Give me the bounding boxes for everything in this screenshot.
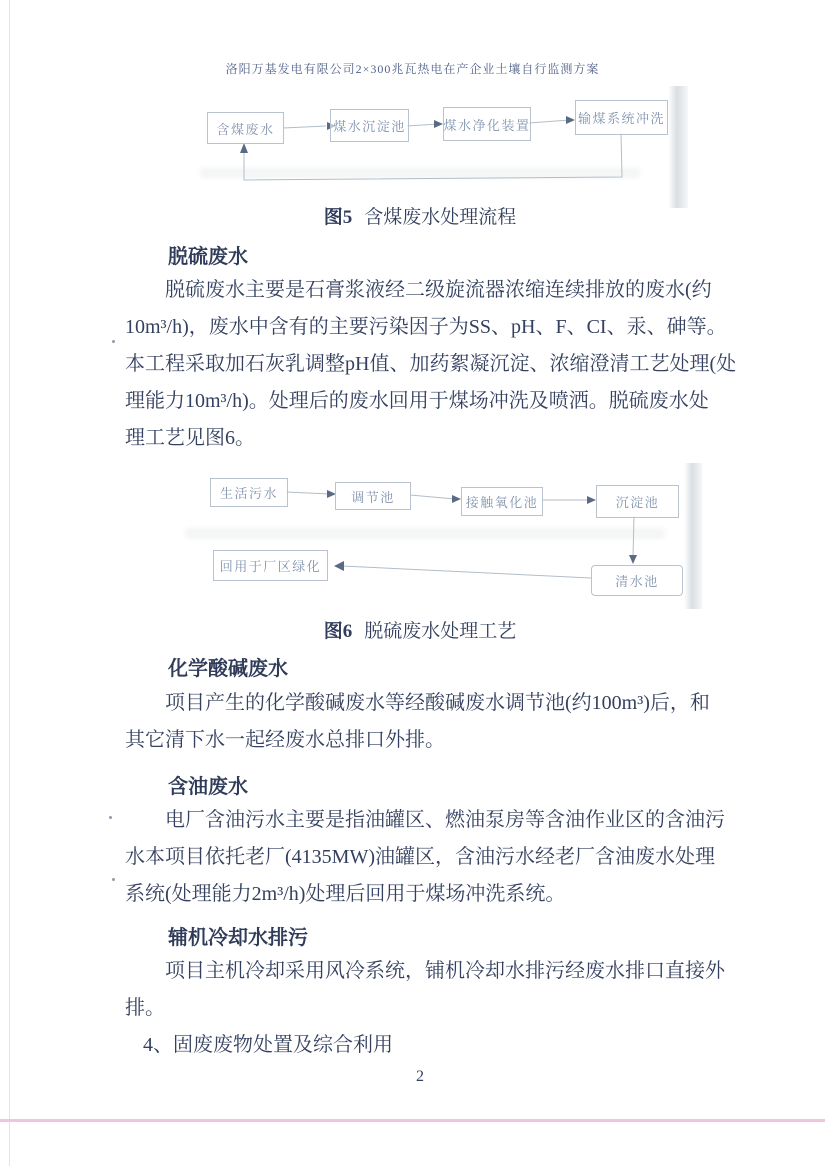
flow-node-coal-system-flush: 输煤系统冲洗 xyxy=(575,100,668,135)
flow-node-purification-device: 煤水净化装置 xyxy=(443,107,531,141)
arrow-head-icon xyxy=(240,143,248,153)
document-header-title: 洛阳万基发电有限公司2×300兆瓦热电在产企业土壤自行监测方案 xyxy=(0,60,825,77)
flow-arrow-line xyxy=(529,120,570,123)
flow-node-label: 生活污水 xyxy=(220,483,278,502)
paragraph-line: 排。 xyxy=(125,995,725,1021)
flow-node-label: 回用于厂区绿化 xyxy=(220,556,322,575)
section-heading-aux-cooling: 辅机冷却水排污 xyxy=(168,921,308,950)
scan-edge-line xyxy=(9,0,10,1166)
flow-node-label: 清水池 xyxy=(615,571,659,590)
scan-speck xyxy=(112,878,115,881)
paragraph-line: 电厂含油污水主要是指油罐区、燃油泵房等含油作业区的含油污 xyxy=(125,807,765,833)
scan-speck xyxy=(112,340,115,343)
flow-node-sedimentation-pool: 煤水沉淀池 xyxy=(330,109,409,142)
arrow-head-icon xyxy=(587,496,596,504)
arrow-head-icon xyxy=(434,120,443,128)
flow-node-reuse-greening: 回用于厂区绿化 xyxy=(213,550,328,581)
flow-node-label: 煤水沉淀池 xyxy=(333,116,406,135)
flow-node-clear-water-pool: 清水池 xyxy=(591,565,683,596)
paragraph-line: 水本项目依托老厂(4135MW)油罐区，含油污水经老厂含油废水处理 xyxy=(125,844,725,870)
flow-node-label: 调节池 xyxy=(351,487,395,506)
flow-node-regulating-pool: 调节池 xyxy=(335,482,411,510)
flow-arrow-line xyxy=(633,516,634,557)
scanned-document-page: { "header": { "title": "洛阳万基发电有限公司2×300兆… xyxy=(0,0,825,1166)
arrow-head-icon xyxy=(334,561,344,571)
page-number: 2 xyxy=(125,1068,715,1086)
paragraph-line: 10m³/h)，废水中含有的主要污染因子为SS、pH、F、CI、汞、砷等。 xyxy=(125,314,725,340)
flow-node-sedimentation-pool: 沉淀池 xyxy=(596,485,679,518)
arrow-head-icon xyxy=(566,116,575,124)
paragraph-line: 本工程采取加石灰乳调整pH值、加药絮凝沉淀、浓缩澄清工艺处理(处 xyxy=(125,351,725,377)
figure6-caption: 图6脱硫废水处理工艺 xyxy=(125,616,715,643)
arrow-head-icon xyxy=(629,555,637,564)
flow-node-coal-wastewater: 含煤废水 xyxy=(207,112,284,144)
flow-node-label: 沉淀池 xyxy=(616,492,660,511)
figure5-flowchart: 含煤废水 煤水沉淀池 煤水净化装置 输煤系统冲洗 xyxy=(170,92,700,207)
paragraph-line: 项目产生的化学酸碱废水等经酸碱废水调节池(约100m³)后，和 xyxy=(125,690,765,716)
figure6-caption-text: 脱硫废水处理工艺 xyxy=(364,621,516,642)
flow-arrow-line xyxy=(407,124,438,126)
section-heading-desulfurization: 脱硫废水 xyxy=(168,240,248,269)
paragraph-line: 理工艺见图6。 xyxy=(125,425,725,451)
flow-arrow-line xyxy=(286,492,330,494)
arrow-head-icon xyxy=(452,495,461,503)
flow-node-contact-oxidation-pool: 接触氧化池 xyxy=(461,487,543,516)
flow-node-label: 输煤系统冲洗 xyxy=(578,108,665,127)
flow-node-label: 煤水净化装置 xyxy=(444,115,531,134)
scan-speck xyxy=(109,816,112,819)
section-heading-oily-wastewater: 含油废水 xyxy=(168,770,248,799)
flow-node-domestic-sewage: 生活污水 xyxy=(210,478,288,507)
flow-node-label: 含煤废水 xyxy=(216,119,274,138)
paragraph-line: 其它清下水一起经废水总排口外排。 xyxy=(125,727,725,753)
paragraph-line: 项目主机冷却采用风冷系统，铺机冷却水排污经废水排口直接外 xyxy=(125,958,765,984)
flow-node-label: 接触氧化池 xyxy=(466,492,539,511)
flow-arrow-line xyxy=(283,126,326,128)
figure6-caption-label: 图6 xyxy=(324,621,353,642)
flow-feedback-line xyxy=(244,133,622,180)
flow-arrow-line xyxy=(410,495,455,499)
paragraph-line: 系统(处理能力2m³/h)处理后回用于煤场冲洗系统。 xyxy=(125,881,725,907)
figure5-caption: 图5含煤废水处理流程 xyxy=(125,202,715,229)
paragraph-line: 理能力10m³/h)。处理后的废水回用于煤场冲洗及喷洒。脱硫废水处 xyxy=(125,388,725,414)
numbered-item-solid-waste: 4、固废废物处置及综合利用 xyxy=(143,1032,743,1058)
pink-divider-line xyxy=(0,1119,825,1122)
section-heading-acid-alkali: 化学酸碱废水 xyxy=(168,652,288,681)
flow-arrow-line xyxy=(342,566,591,578)
paragraph-line: 脱硫废水主要是石膏浆液经二级旋流器浓缩连续排放的废水(约 xyxy=(125,277,765,303)
figure5-caption-text: 含煤废水处理流程 xyxy=(364,207,516,228)
figure5-caption-label: 图5 xyxy=(324,207,353,228)
figure6-flowchart: 生活污水 调节池 接触氧化池 沉淀池 回用于厂区绿化 清水池 xyxy=(170,462,710,612)
